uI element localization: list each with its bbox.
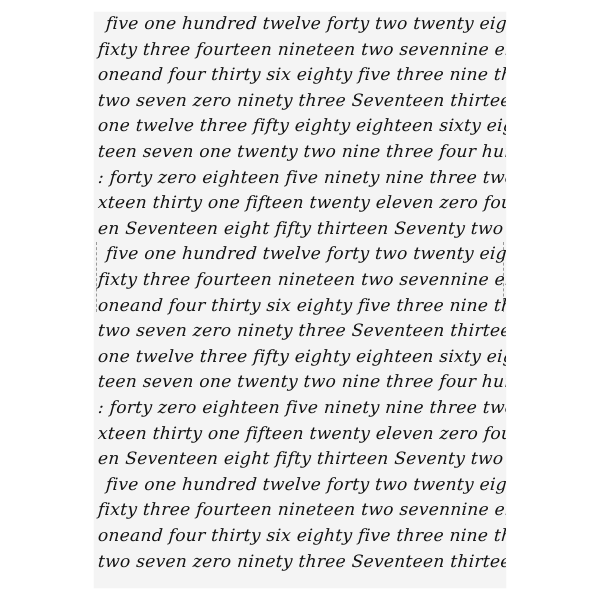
selvage-mark-left — [96, 242, 97, 312]
handwritten-line: en Seventeen eight fifty thirteen Sevent… — [97, 449, 506, 469]
handwritten-line: oneand four thirty six eighty five three… — [97, 296, 506, 316]
handwritten-line: : forty zero eighteen five ninety nine t… — [97, 168, 506, 188]
handwritten-line: two seven zero ninety three Seventeen th… — [97, 552, 506, 572]
handwritten-line: : forty zero eighteen five ninety nine t… — [97, 398, 506, 418]
handwritten-line: teen seven one twenty two nine three fou… — [97, 372, 506, 392]
handwritten-line: oneand four thirty six eighty five three… — [97, 526, 506, 546]
handwritten-line: xteen thirty one fifteen twenty eleven z… — [97, 193, 506, 213]
handwritten-line: en Seventeen eight fifty thirteen Sevent… — [97, 219, 506, 239]
handwritten-line: two seven zero ninety three Seventeen th… — [97, 91, 506, 111]
handwritten-line: fixty three fourteen nineteen two sevenn… — [97, 270, 506, 290]
handwritten-line: xteen thirty one fifteen twenty eleven z… — [97, 424, 506, 444]
handwritten-line: two seven zero ninety three Seventeen th… — [97, 321, 506, 341]
handwritten-line: five one hundred twelve forty two twenty… — [105, 475, 506, 495]
handwritten-line: five one hundred twelve forty two twenty… — [105, 244, 506, 264]
handwritten-line: one twelve three fifty eighty eighteen s… — [97, 347, 506, 367]
handwritten-line: five one hundred twelve forty two twenty… — [105, 14, 506, 34]
fabric-panel: five one hundred twelve forty two twenty… — [94, 12, 506, 588]
handwritten-line: teen seven one twenty two nine three fou… — [97, 142, 506, 162]
handwritten-line: oneand four thirty six eighty five three… — [97, 65, 506, 85]
handwritten-line: one twelve three fifty eighty eighteen s… — [97, 116, 506, 136]
handwritten-line: fixty three fourteen nineteen two sevenn… — [97, 40, 506, 60]
handwritten-line: fixty three fourteen nineteen two sevenn… — [97, 500, 506, 520]
